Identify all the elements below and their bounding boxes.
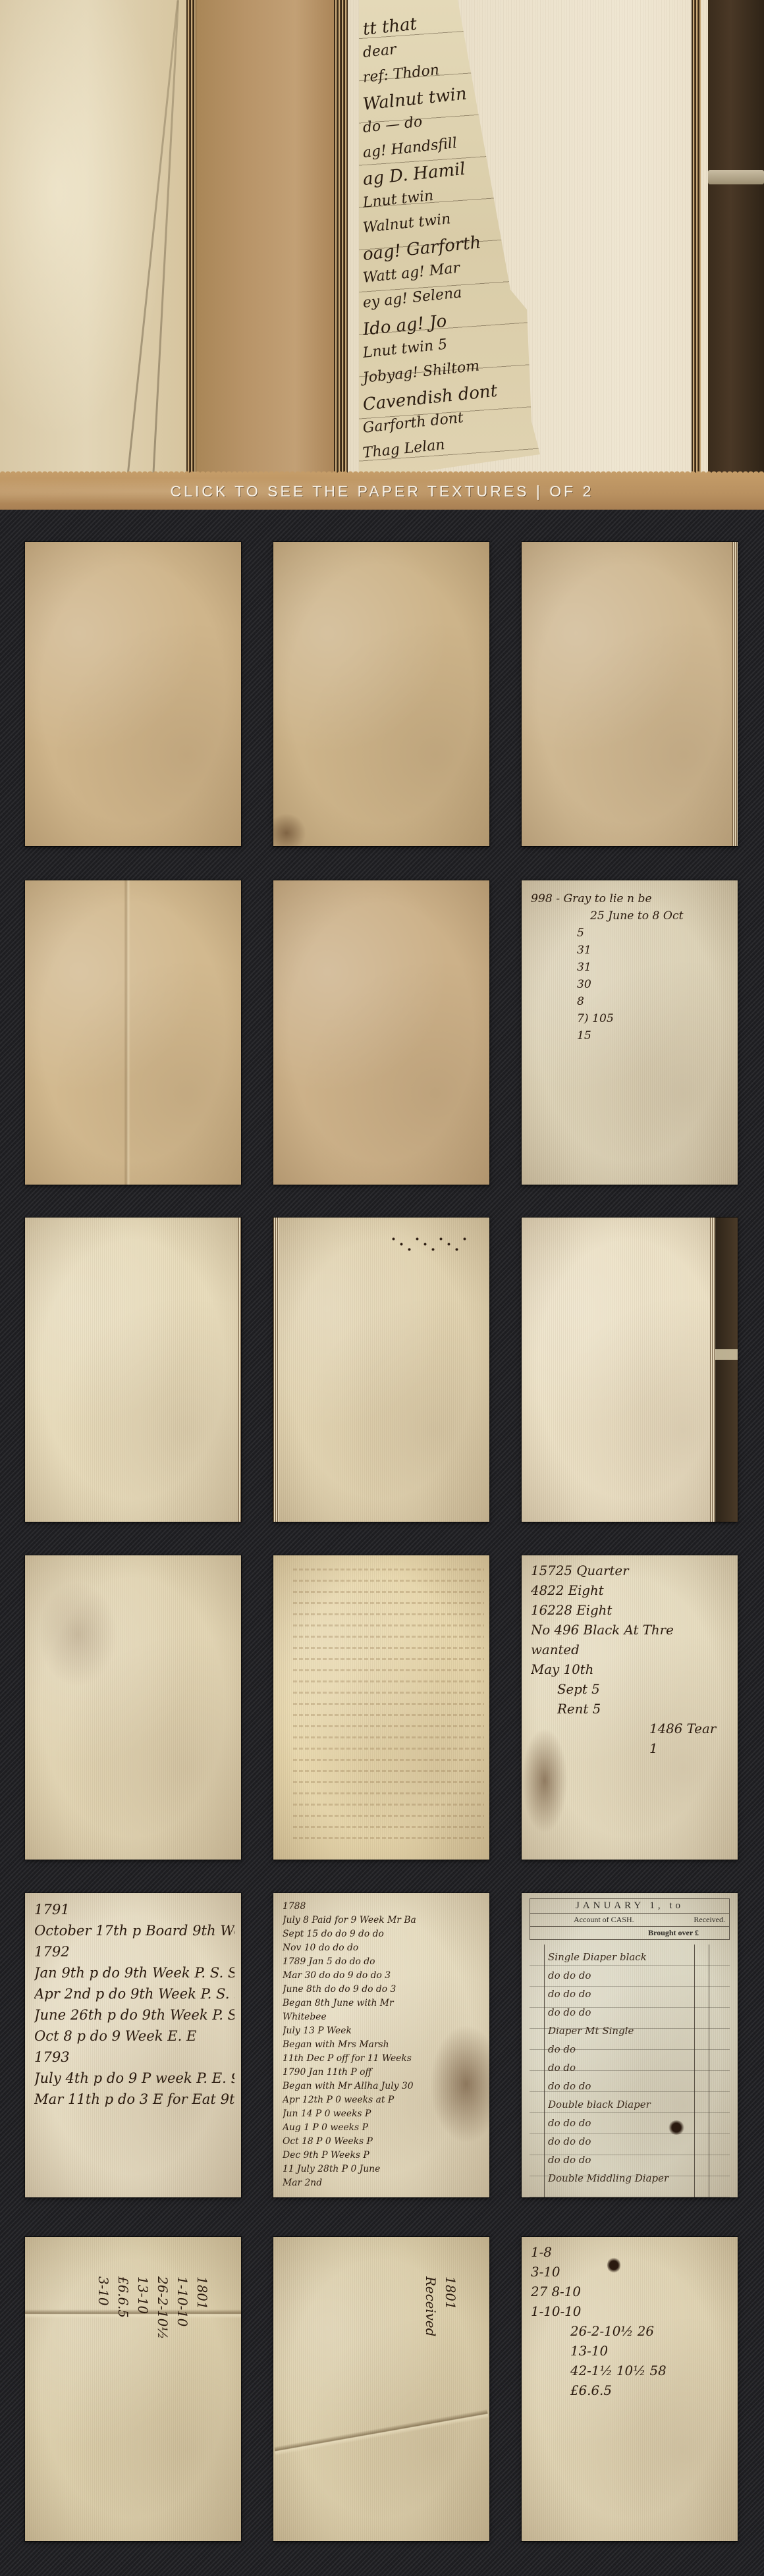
ink-speck	[463, 1237, 466, 1241]
texture-thumbnail-8[interactable]	[273, 1218, 489, 1522]
handwritten-line: July 13 P Week	[283, 2026, 483, 2039]
paper-texture	[273, 542, 489, 846]
hero-collage[interactable]: tt thatdearref: ThdonWalnut twindo — doa…	[0, 0, 764, 481]
handwritten-line: 27 8-10	[531, 2284, 731, 2304]
handwriting: 1801Received	[418, 2276, 458, 2541]
handwritten-line: Began 8th June with Mr	[283, 1998, 483, 2012]
ink-speck	[439, 1237, 443, 1241]
texture-thumbnail-11[interactable]	[273, 1555, 489, 1860]
handwritten-line: Whitebee	[283, 2012, 483, 2026]
ink-speck	[431, 1248, 435, 1251]
handwritten-line: 1-8	[531, 2245, 731, 2265]
ledger-line: ag! Handsfill	[362, 135, 458, 161]
handwritten-line: 30	[531, 978, 731, 995]
texture-thumbnail-4[interactable]	[25, 880, 241, 1185]
handwritten-line: Oct 18 P 0 Weeks P	[283, 2136, 483, 2150]
ink-speck	[408, 1248, 411, 1251]
ledger-line: Thag Lelan	[362, 437, 446, 462]
ink-blot	[668, 2120, 685, 2135]
page-edge	[238, 1218, 241, 1522]
ledger-account: Account of CASH.	[574, 1915, 634, 1925]
handwritten-line: Jun 14 P 0 weeks P	[283, 2108, 483, 2122]
ledger-line: Ido ag! Jo	[362, 311, 447, 340]
ledger-entry: do do do	[548, 1970, 728, 1988]
handwritten-line: wanted	[531, 1642, 731, 1662]
page-edges	[186, 0, 197, 481]
handwritten-line: 8	[531, 995, 731, 1012]
handwritten-line: 1-10-10	[170, 2276, 190, 2541]
page-edge	[273, 1218, 279, 1522]
handwritten-line: Sept 15 do do 9 do do	[283, 1929, 483, 1943]
hero-leather-binding	[708, 0, 764, 481]
handwritten-line: 1790 Jan 11th P off	[283, 2067, 483, 2081]
crease-line	[152, 0, 179, 481]
handwritten-line: 3-10	[91, 2276, 111, 2541]
texture-thumbnail-1[interactable]	[25, 542, 241, 846]
texture-thumbnail-2[interactable]	[273, 542, 489, 846]
stain	[38, 1582, 117, 1687]
ledger-entry: do do	[548, 2062, 728, 2080]
handwritten-line: 1791	[34, 1901, 234, 1922]
ledger-line: Lnut twin 5	[362, 336, 449, 362]
handwritten-line: Rent 5	[531, 1702, 731, 1721]
ink-speck	[455, 1248, 458, 1251]
handwritten-line: 1801	[438, 2276, 458, 2541]
ledger-line: Cavendish dont	[362, 381, 498, 415]
handwritten-line: 15725 Quarter	[531, 1563, 731, 1583]
paper-textures-link-banner[interactable]: CLICK TO SEE THE PAPER TEXTURES | OF 2	[0, 473, 764, 510]
ledger-entry: do do do	[548, 2006, 728, 2025]
handwritten-line: Began with Mr Allha July 30	[283, 2081, 483, 2095]
ledger-brought-over: Brought over £	[648, 1928, 699, 1938]
ledger-line: ref: Thdon	[362, 62, 440, 86]
handwritten-line: Mar 30 do do 9 do do 3	[283, 1970, 483, 1984]
ledger-line: oag! Garforth	[362, 232, 481, 265]
handwritten-line: 1789 Jan 5 do do do	[283, 1956, 483, 1970]
texture-thumbnail-16[interactable]: 18011-10-1026-2-10½13-10£6.6.53-10	[25, 2237, 241, 2541]
paper-texture	[273, 1218, 489, 1522]
ledger-entries: Single Diaper blackdo do dodo do dodo do…	[548, 1951, 728, 2191]
banner-label: CLICK TO SEE THE PAPER TEXTURES | OF 2	[171, 483, 594, 500]
ink-speck	[416, 1237, 419, 1241]
paper-texture	[273, 880, 489, 1185]
handwritten-line: Jan 9th p do 9th Week P. S. S	[34, 1964, 234, 1985]
ink-speck	[423, 1243, 427, 1246]
handwritten-line: 42-1½ 10½ 58	[531, 2363, 731, 2383]
handwriting: 1791October 17th p Board 9th Week P. S. …	[34, 1901, 234, 2112]
handwritten-line: Began with Mrs Marsh	[283, 2039, 483, 2053]
ledger-line: Walnut twin	[362, 84, 468, 115]
page-edges	[334, 0, 348, 481]
handwritten-line: 1792	[34, 1943, 234, 1964]
handwritten-line: No 496 Black At Thre	[531, 1623, 731, 1642]
ledger-entry: do do do	[548, 2135, 728, 2154]
handwritten-line: 25 June to 8 Oct	[531, 909, 731, 926]
handwriting: 15725 Quarter4822 Eight16228 EightNo 496…	[531, 1563, 731, 1761]
ledger-entry: do do do	[548, 2154, 728, 2172]
handwriting: 998 - Gray to lie n be25 June to 8 Oct53…	[531, 892, 731, 1046]
handwritten-line: 1788	[283, 1901, 483, 1915]
paper-texture	[522, 1218, 738, 1522]
handwritten-line: Nov 10 do do do	[283, 1943, 483, 1956]
texture-thumbnail-15[interactable]: JANUARY 1, toAccount of CASH.Received.Br…	[522, 1893, 738, 2197]
handwritten-line: Aug 1 P 0 weeks P	[283, 2122, 483, 2136]
page-edge	[710, 1218, 715, 1522]
binding-cord	[708, 170, 764, 184]
handwritten-line: 15	[531, 1029, 731, 1046]
handwritten-line: 3-10	[531, 2265, 731, 2284]
handwritten-line: June 8th do do 9 do do 3	[283, 1984, 483, 1998]
ledger-line: ey ag! Selena	[362, 284, 463, 311]
ledger-line: Garforth dont	[362, 410, 464, 437]
ledger-month: JANUARY 1, to	[576, 1900, 684, 1912]
ledger-entry: Single Diaper black	[548, 1951, 728, 1970]
handwritten-line: 13-10	[531, 2344, 731, 2363]
handwritten-line: 26-2-10½	[150, 2276, 170, 2541]
hero-paper-brown	[196, 0, 338, 481]
handwritten-line: May 10th	[531, 1662, 731, 1682]
handwritten-line: 998 - Gray to lie n be	[531, 892, 731, 909]
texture-thumbnail-7[interactable]	[25, 1218, 241, 1522]
handwritten-line: 5	[531, 926, 731, 944]
texture-thumbnail-6[interactable]: 998 - Gray to lie n be25 June to 8 Oct53…	[522, 880, 738, 1185]
ledger-line: Jobyag! Shiltom	[362, 358, 481, 386]
torn-corner	[273, 813, 306, 846]
handwriting: 1-83-1027 8-101-10-1026-2-10½ 2613-1042-…	[531, 2245, 731, 2403]
ink-blot	[607, 2257, 620, 2274]
handwritten-line: 1793	[34, 2049, 234, 2070]
texture-thumbnail-14[interactable]: 1788July 8 Paid for 9 Week Mr BaSept 15 …	[273, 1893, 489, 2197]
ledger-line: Lnut twin	[362, 188, 435, 211]
handwritten-line: 11th Dec P off for 11 Weeks	[283, 2053, 483, 2067]
texture-thumbnail-3[interactable]	[522, 542, 738, 846]
ledger-entry: do do do	[548, 2117, 728, 2135]
ledger-line: tt that	[362, 14, 418, 39]
handwritten-line: Received	[418, 2276, 438, 2541]
handwritten-line: 31	[531, 944, 731, 961]
handwritten-line: July 8 Paid for 9 Week Mr Ba	[283, 1915, 483, 1929]
texture-thumbnail-5[interactable]	[273, 880, 489, 1185]
ledger-line: do — do	[362, 114, 423, 136]
page-edges	[692, 0, 701, 481]
texture-thumbnail-13[interactable]: 1791October 17th p Board 9th Week P. S. …	[25, 1893, 241, 2197]
handwritten-line: Sept 5	[531, 1682, 731, 1702]
ledger-entry: do do do	[548, 1988, 728, 2006]
ledger-entry: Double black Diaper	[548, 2099, 728, 2117]
handwritten-line: £6.6.5	[531, 2383, 731, 2403]
handwritten-line: 1801	[190, 2276, 209, 2541]
handwritten-line: Oct 8 p do 9 Week E. E	[34, 2027, 234, 2049]
ledger-line: Watt ag! Mar	[362, 260, 460, 286]
ledger-received: Received.	[694, 1915, 725, 1925]
handwritten-line: 1486 Tear	[531, 1721, 731, 1741]
texture-thumbnail-9[interactable]	[522, 1218, 738, 1522]
crease	[124, 880, 130, 1185]
ledger-line: dear	[362, 41, 397, 61]
texture-thumbnail-18[interactable]: 1-83-1027 8-101-10-1026-2-10½ 2613-1042-…	[522, 2237, 738, 2541]
handwritten-line: July 4th p do 9 P week P. E. 90	[34, 2070, 234, 2091]
handwritten-line: June 26th p do 9th Week P. S. S	[34, 2006, 234, 2027]
ink-speck	[447, 1243, 450, 1246]
ledger-line: Walnut twin	[362, 211, 452, 236]
ink-speck	[400, 1243, 403, 1246]
handwritten-line: Apr 2nd p do 9th Week P. S. S	[34, 1985, 234, 2006]
binding-cord	[715, 1349, 738, 1360]
ledger-line: ag D. Hamil	[362, 159, 466, 190]
paper-texture	[25, 880, 241, 1185]
ledger-entry: Diaper Mt Single	[548, 2025, 728, 2043]
page-edge	[732, 542, 738, 846]
handwritten-line: Mar 11th p do 3 E for Eat 9th	[34, 2091, 234, 2112]
handwritten-line: 1	[531, 1741, 731, 1761]
paper-texture	[25, 542, 241, 846]
handwritten-line: Dec 9th P Weeks P	[283, 2150, 483, 2164]
paper-texture	[25, 1218, 241, 1522]
handwritten-line: 16228 Eight	[531, 1603, 731, 1623]
handwriting: 18011-10-1026-2-10½13-10£6.6.53-10	[91, 2276, 209, 2541]
paper-texture	[522, 542, 738, 846]
ledger-entry: do do	[548, 2043, 728, 2062]
ledger-entry: Double Middling Diaper	[548, 2172, 728, 2191]
handwritten-line: 26-2-10½ 26	[531, 2324, 731, 2344]
texture-thumbnail-10[interactable]	[25, 1555, 241, 1860]
handwriting: 1788July 8 Paid for 9 Week Mr BaSept 15 …	[283, 1901, 483, 2191]
handwritten-line: Mar 2nd	[283, 2178, 483, 2191]
ink-speck	[392, 1237, 395, 1241]
handwritten-line: 4822 Eight	[531, 1583, 731, 1603]
handwritten-line: 1-10-10	[531, 2304, 731, 2324]
handwritten-line: 7) 105	[531, 1012, 731, 1029]
leather-binding	[715, 1218, 738, 1522]
ledger-header: JANUARY 1, toAccount of CASH.Received.Br…	[530, 1898, 730, 1940]
handwritten-line: Apr 12th P 0 weeks at P	[283, 2095, 483, 2108]
hero-paper-left	[0, 0, 191, 481]
handwritten-line: 31	[531, 961, 731, 978]
handwritten-line: 13-10	[130, 2276, 150, 2541]
texture-thumbnail-17[interactable]: 1801Received	[273, 2237, 489, 2541]
faded-printed-table	[293, 1569, 484, 1840]
ledger-entry: do do do	[548, 2080, 728, 2099]
crease-line	[126, 0, 179, 481]
handwritten-line: £6.6.5	[111, 2276, 130, 2541]
handwritten-line: October 17th p Board 9th Week P. S. S	[34, 1922, 234, 1943]
texture-thumbnail-12[interactable]: 15725 Quarter4822 Eight16228 EightNo 496…	[522, 1555, 738, 1860]
handwritten-line: 11 July 28th P 0 June	[283, 2164, 483, 2178]
